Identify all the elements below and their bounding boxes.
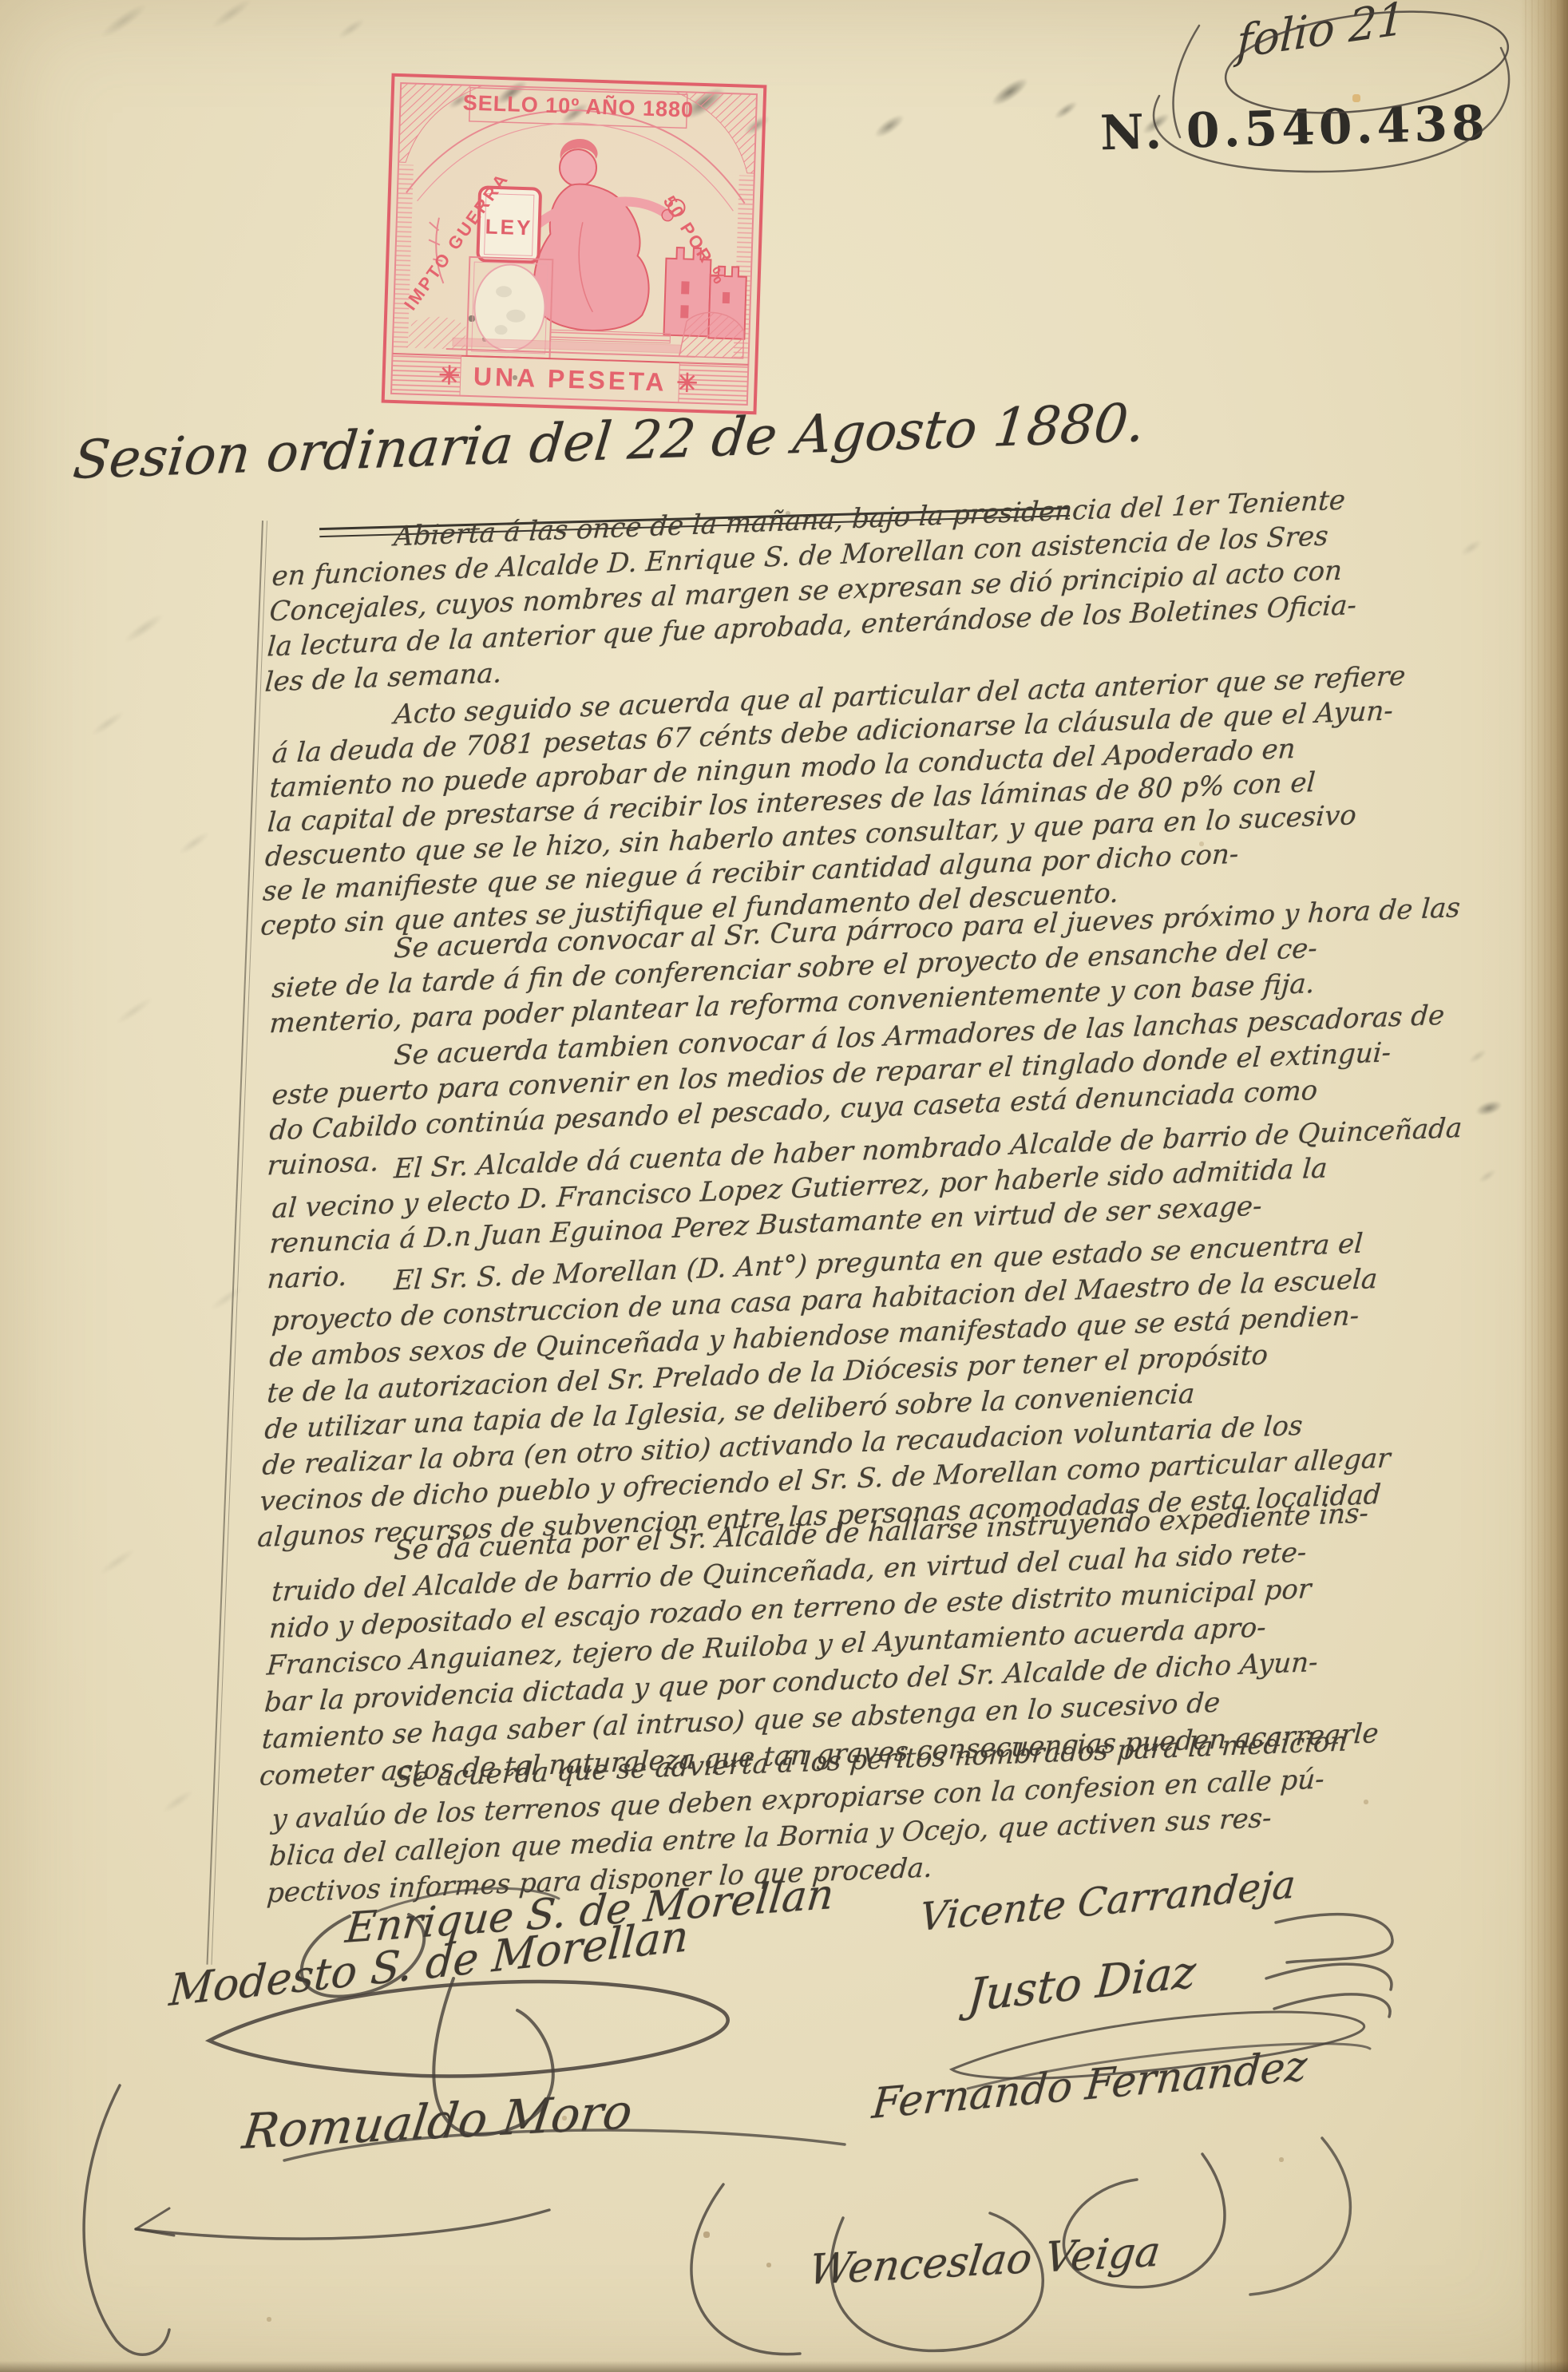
ink-smudge [871,111,907,141]
stamp-ley-text: LEY [485,215,533,240]
signature: Justo Diaz [966,1946,1198,2022]
signature: Wenceslao Veiga [806,2228,1163,2295]
ink-showthrough [121,610,166,647]
stamp-star-icon: ✳ [676,368,702,398]
ink-showthrough [89,708,127,739]
signature: Romualdo Moro [240,2084,636,2160]
revenue-stamp: LEY [381,73,768,416]
ink-showthrough [335,16,367,42]
ink-showthrough [113,994,156,1028]
manuscript-page: LEY [0,0,1568,2372]
ink-showthrough [176,829,212,857]
margin-rule [207,521,267,1965]
page-bottom-edge [0,2361,1568,2372]
ink-smudge [988,73,1032,110]
folio-annotation: folio 21 [1236,0,1406,69]
ink-showthrough [97,1546,137,1578]
serial-number: N. 0.540.438 [1099,96,1489,162]
ink-showthrough [160,1787,196,1816]
page-binding-edge [1520,0,1568,2372]
ink-showthrough [97,0,151,42]
signature: Fernando Fernandez [870,2042,1309,2128]
paper-speckles [0,0,2,2]
ink-smudge [1052,98,1080,121]
ink-showthrough [208,1283,245,1313]
stamp-star-icon: ✳ [438,361,464,390]
stamp-denomination-text: UNA PESETA [473,362,667,397]
ink-showthrough [208,0,254,32]
